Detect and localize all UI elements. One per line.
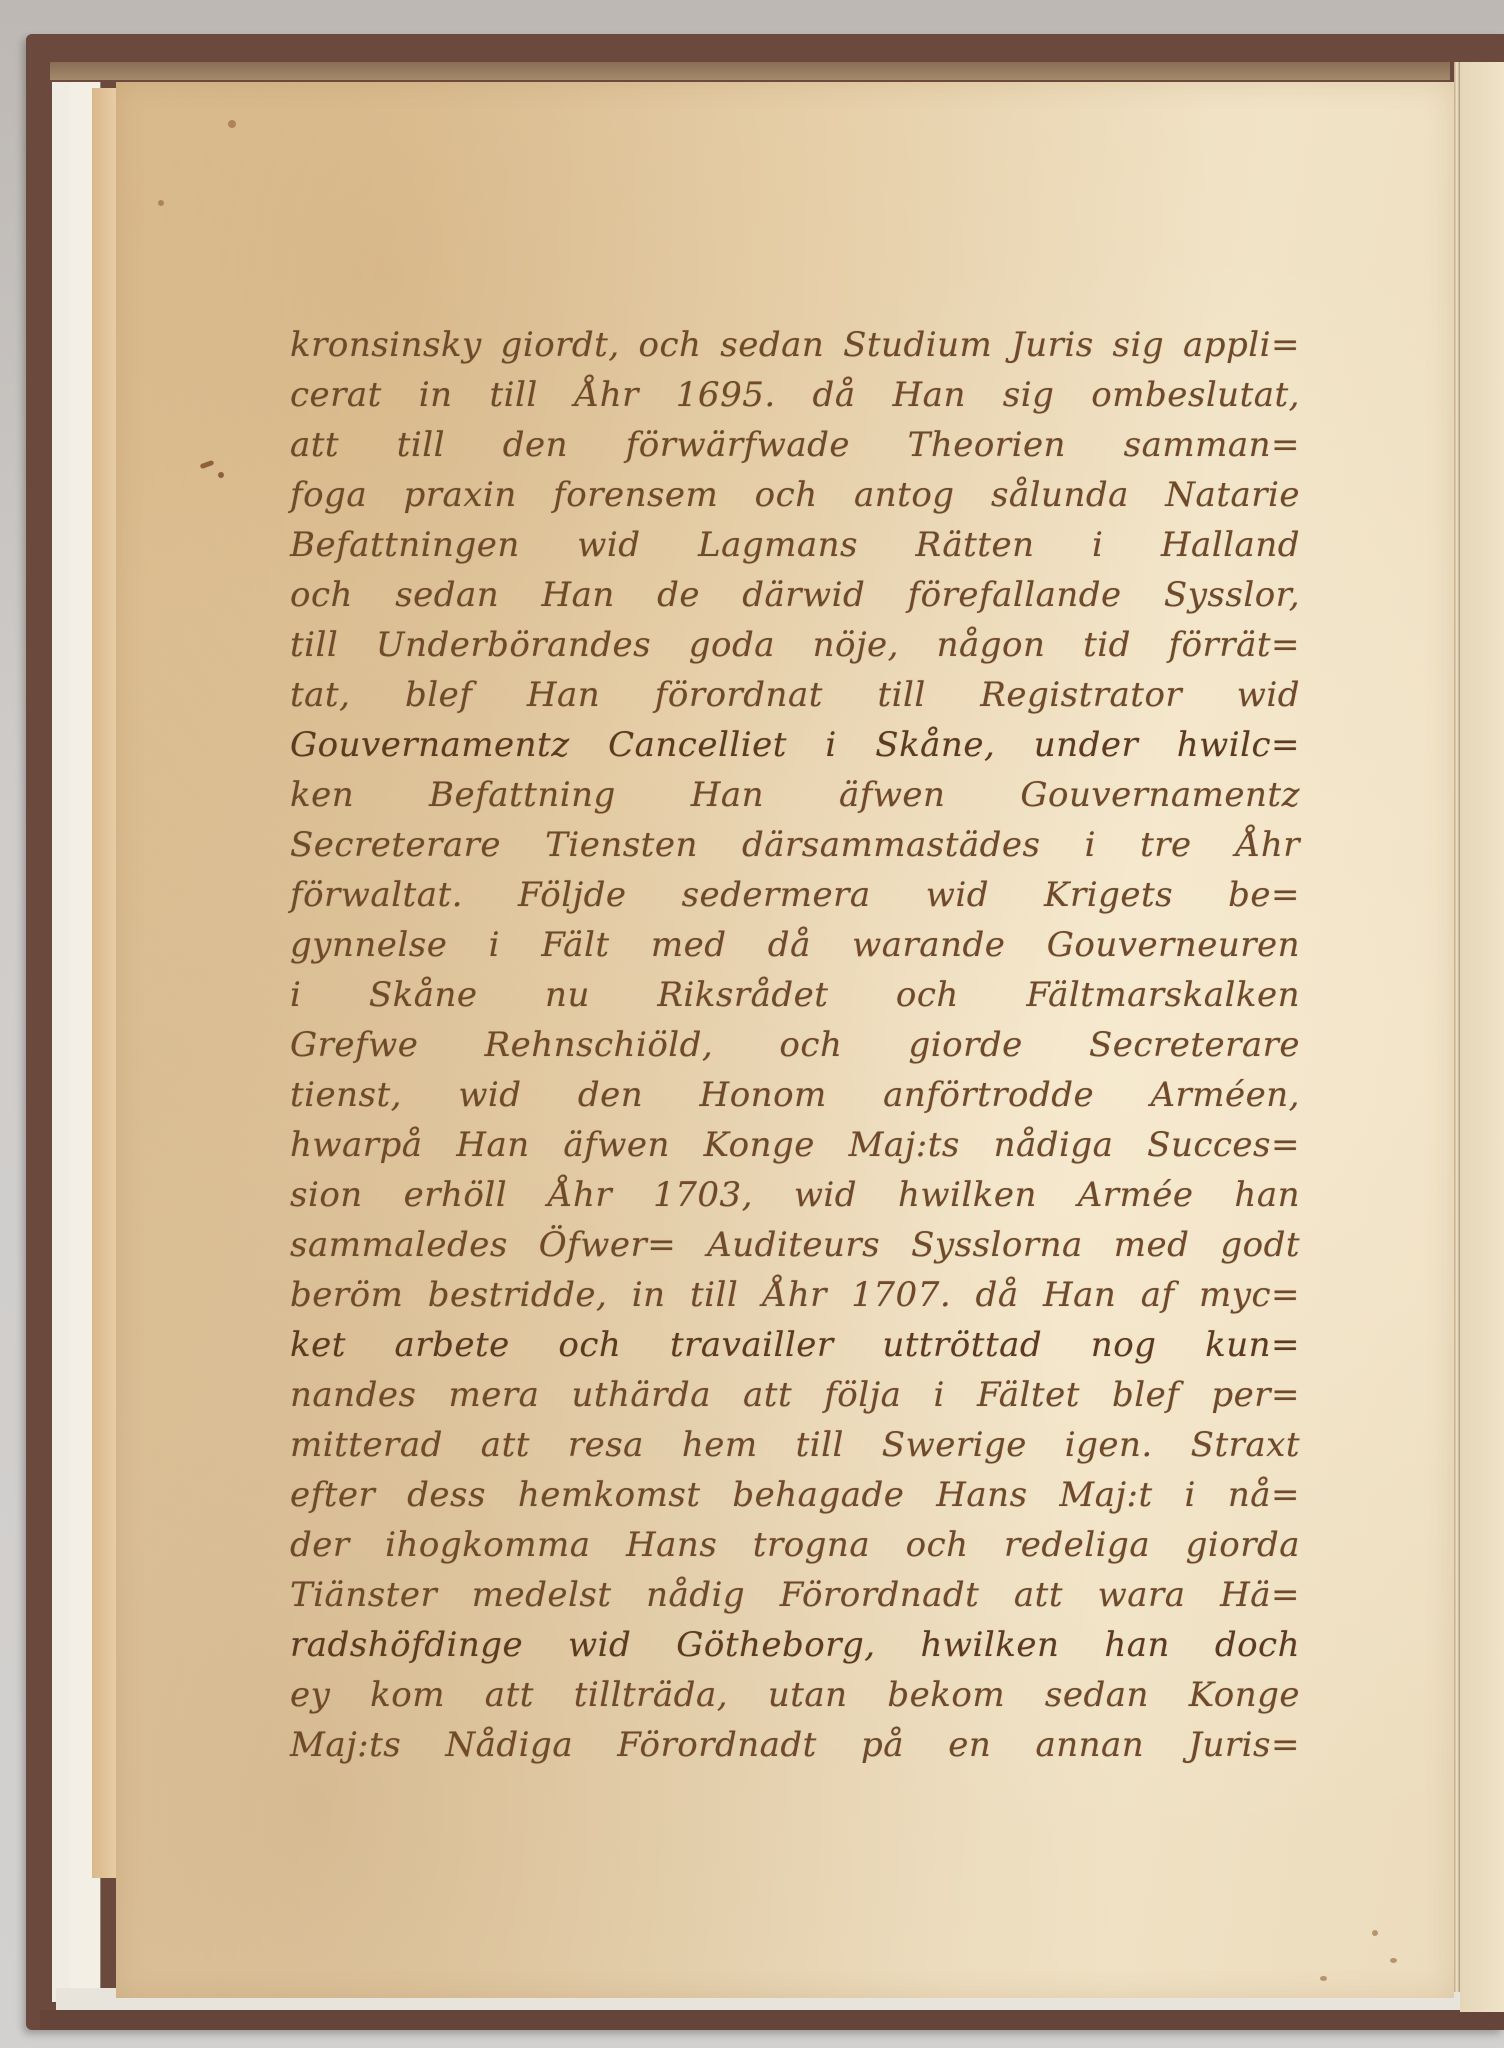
scanned-book-page: kronsinsky giordt, och sedan Studium Jur… (0, 0, 1504, 2048)
text-line: Gouvernamentz Cancelliet i Skåne, under … (290, 720, 1300, 770)
text-line: ket arbete och travailler uttröttad nog … (290, 1320, 1300, 1370)
handwritten-text-block: kronsinsky giordt, och sedan Studium Jur… (290, 320, 1300, 1770)
text-line: förwaltat. Följde sedermera wid Krigets … (290, 870, 1300, 920)
text-line: ken Befattning Han äfwen Gouvernamentz (290, 770, 1300, 820)
text-line: Secreterare Tiensten därsammastädes i tr… (290, 820, 1300, 870)
text-line: mitterad att resa hem till Swerige igen.… (290, 1420, 1300, 1470)
text-line: tat, blef Han förordnat till Registrator… (290, 670, 1300, 720)
text-line: ey kom att tillträda, utan bekom sedan K… (290, 1670, 1300, 1720)
text-line: foga praxin forensem och antog sålunda N… (290, 470, 1300, 520)
text-line: kronsinsky giordt, och sedan Studium Jur… (290, 320, 1300, 370)
text-line: tienst, wid den Honom anförtrodde Arméen… (290, 1070, 1300, 1120)
text-line: Grefwe Rehnschiöld, och giorde Secretera… (290, 1020, 1300, 1070)
book-cover-bottom-edge (40, 2010, 1504, 2030)
text-line: der ihogkomma Hans trogna och redeliga g… (290, 1520, 1300, 1570)
text-line: i Skåne nu Riksrådet och Fältmarskalken (290, 970, 1300, 1020)
foxing-stain (1372, 1930, 1378, 1936)
page-stub (92, 88, 117, 1878)
foxing-stain (1320, 1976, 1327, 1981)
text-line: Maj:ts Nådiga Förordnadt på en annan Jur… (290, 1720, 1300, 1770)
book-cover-top-edge (50, 62, 1450, 80)
text-line: efter dess hemkomst behagade Hans Maj:t … (290, 1470, 1300, 1520)
foxing-stain (1390, 1958, 1397, 1963)
text-line: hwarpå Han äfwen Konge Maj:ts nådiga Suc… (290, 1120, 1300, 1170)
text-line: att till den förwärfwade Theorien samman… (290, 420, 1300, 470)
text-line: Tiänster medelst nådig Förordnadt att wa… (290, 1570, 1300, 1620)
text-line: cerat in till Åhr 1695. då Han sig ombes… (290, 370, 1300, 420)
foxing-stain (228, 120, 236, 128)
text-line: radshöfdinge wid Götheborg, hwilken han … (290, 1620, 1300, 1670)
text-line: Befattningen wid Lagmans Rätten i Hallan… (290, 520, 1300, 570)
text-line: beröm bestridde, in till Åhr 1707. då Ha… (290, 1270, 1300, 1320)
text-line: gynnelse i Fält med då warande Gouverneu… (290, 920, 1300, 970)
text-line: sammaledes Öfwer= Auditeurs Sysslorna me… (290, 1220, 1300, 1270)
text-line: nandes mera uthärda att följa i Fältet b… (290, 1370, 1300, 1420)
facing-page-edge (1460, 62, 1504, 2012)
text-line: och sedan Han de därwid förefallande Sys… (290, 570, 1300, 620)
text-line: sion erhöll Åhr 1703, wid hwilken Armée … (290, 1170, 1300, 1220)
text-line: till Underbörandes goda nöje, någon tid … (290, 620, 1300, 670)
foxing-stain (158, 200, 164, 206)
